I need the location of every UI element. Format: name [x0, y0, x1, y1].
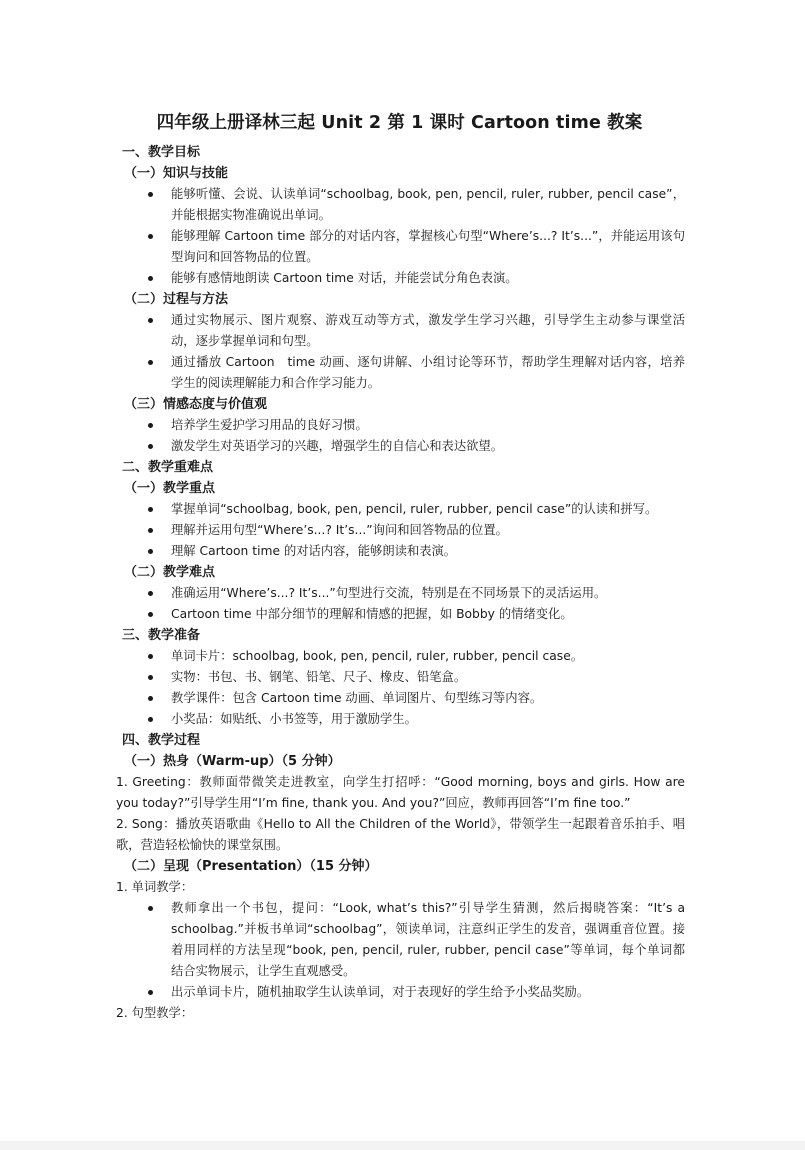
bullet-icon [148, 906, 153, 911]
bullet-icon [148, 234, 153, 239]
paragraph-song: 2. Song：播放英语歌曲《Hello to All the Children… [116, 814, 685, 856]
bullet-icon [148, 318, 153, 323]
list-item: Cartoon time 中部分细节的理解和情感的把握，如 Bobby 的情绪变… [122, 604, 685, 625]
list-item: 能够理解 Cartoon time 部分的对话内容，掌握核心句型“Where’s… [122, 226, 685, 268]
list-item: 通过播放 Cartoon time 动画、逐句讲解、小组讨论等环节，帮助学生理解… [122, 352, 685, 394]
list-item: 培养学生爱护学习用品的良好习惯。 [122, 415, 685, 436]
list-item: 单词卡片：schoolbag, book, pen, pencil, ruler… [122, 646, 685, 667]
bullet-list: 单词卡片：schoolbag, book, pen, pencil, ruler… [122, 646, 685, 730]
document-title: 四年级上册译林三起 Unit 2 第 1 课时 Cartoon time 教案 [114, 108, 685, 138]
bullet-icon [148, 696, 153, 701]
bullet-icon [148, 507, 153, 512]
numbered-heading-vocabulary: 1. 单词教学： [116, 877, 685, 898]
bullet-icon [148, 444, 153, 449]
list-item: 激发学生对英语学习的兴趣，增强学生的自信心和表达欲望。 [122, 436, 685, 457]
list-item: 准确运用“Where’s...? It’s...”句型进行交流，特别是在不同场景… [122, 583, 685, 604]
subsection-heading-attitudes-values: （三）情感态度与价值观 [124, 394, 685, 415]
bullet-icon [148, 990, 153, 995]
section-heading-preparation: 三、教学准备 [122, 625, 685, 646]
subsection-heading-key-points: （一）教学重点 [124, 478, 685, 499]
numbered-heading-sentence-patterns: 2. 句型教学： [116, 1003, 685, 1024]
list-item: 能够听懂、会说、认读单词“schoolbag, book, pen, penci… [122, 184, 685, 226]
bullet-list: 准确运用“Where’s...? It’s...”句型进行交流，特别是在不同场景… [122, 583, 685, 625]
bullet-icon [148, 528, 153, 533]
list-item: 教学课件：包含 Cartoon time 动画、单词图片、句型练习等内容。 [122, 688, 685, 709]
bullet-icon [148, 612, 153, 617]
bullet-icon [148, 549, 153, 554]
list-item: 掌握单词“schoolbag, book, pen, pencil, ruler… [122, 499, 685, 520]
list-item: 理解 Cartoon time 的对话内容，能够朗读和表演。 [122, 541, 685, 562]
list-item: 通过实物展示、图片观察、游戏互动等方式，激发学生学习兴趣，引导学生主动参与课堂活… [122, 310, 685, 352]
bullet-list: 教师拿出一个书包，提问：“Look, what’s this?”引导学生猜测，然… [122, 898, 685, 1003]
list-item: 实物：书包、书、钢笔、铅笔、尺子、橡皮、铅笔盒。 [122, 667, 685, 688]
bullet-icon [148, 423, 153, 428]
bullet-list: 能够听懂、会说、认读单词“schoolbag, book, pen, penci… [122, 184, 685, 289]
bullet-icon [148, 360, 153, 365]
subsection-heading-difficult-points: （二）教学难点 [124, 562, 685, 583]
section-heading-key-difficult-points: 二、教学重难点 [122, 457, 685, 478]
list-item: 能够有感情地朗读 Cartoon time 对话，并能尝试分角色表演。 [122, 268, 685, 289]
paragraph-greeting: 1. Greeting：教师面带微笑走进教室，向学生打招呼：“Good morn… [116, 772, 685, 814]
subsection-heading-warmup: （一）热身（Warm-up）（5 分钟） [124, 751, 685, 772]
subsection-heading-process-methods: （二）过程与方法 [124, 289, 685, 310]
bullet-icon [148, 591, 153, 596]
bullet-icon [148, 675, 153, 680]
bullet-icon [148, 654, 153, 659]
list-item: 理解并运用句型“Where’s...? It’s...”询问和回答物品的位置。 [122, 520, 685, 541]
section-heading-objectives: 一、教学目标 [122, 142, 685, 163]
bullet-icon [148, 276, 153, 281]
bullet-list: 掌握单词“schoolbag, book, pen, pencil, ruler… [122, 499, 685, 562]
bullet-list: 通过实物展示、图片观察、游戏互动等方式，激发学生学习兴趣，引导学生主动参与课堂活… [122, 310, 685, 394]
list-item: 出示单词卡片，随机抽取学生认读单词，对于表现好的学生给予小奖品奖励。 [122, 982, 685, 1003]
bullet-icon [148, 192, 153, 197]
list-item: 教师拿出一个书包，提问：“Look, what’s this?”引导学生猜测，然… [122, 898, 685, 982]
document-body: 四年级上册译林三起 Unit 2 第 1 课时 Cartoon time 教案 … [122, 108, 685, 1024]
document-page: 四年级上册译林三起 Unit 2 第 1 课时 Cartoon time 教案 … [0, 0, 805, 1141]
subsection-heading-knowledge-skills: （一）知识与技能 [124, 163, 685, 184]
bullet-list: 培养学生爱护学习用品的良好习惯。 激发学生对英语学习的兴趣，增强学生的自信心和表… [122, 415, 685, 457]
section-heading-teaching-process: 四、教学过程 [122, 730, 685, 751]
bullet-icon [148, 717, 153, 722]
subsection-heading-presentation: （二）呈现（Presentation）（15 分钟） [124, 856, 685, 877]
list-item: 小奖品：如贴纸、小书签等，用于激励学生。 [122, 709, 685, 730]
